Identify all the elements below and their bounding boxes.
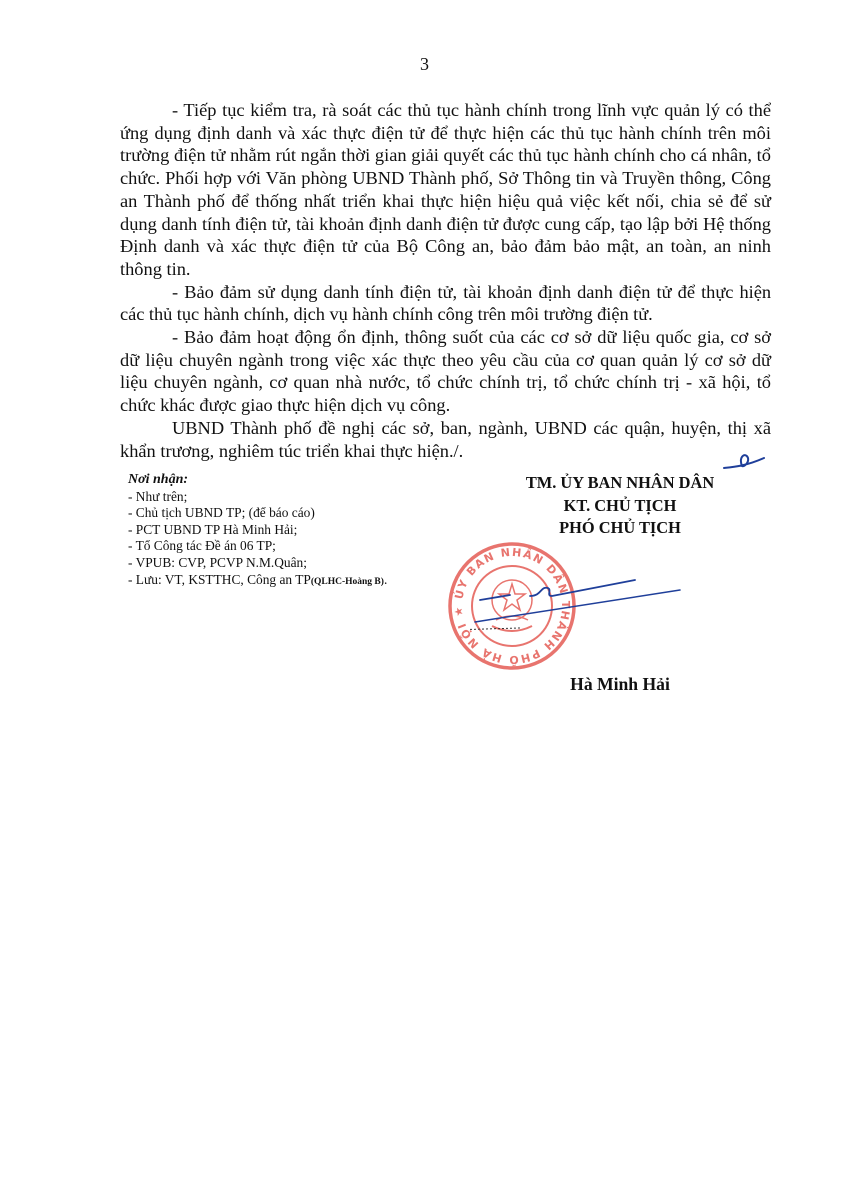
recipients-title: Nơi nhận: bbox=[128, 472, 468, 489]
paragraph-ensure-identity-use: - Bảo đảm sử dụng danh tính điện tử, tài… bbox=[120, 281, 771, 326]
paragraph-review-procedures: - Tiếp tục kiểm tra, rà soát các thủ tục… bbox=[120, 99, 771, 281]
recipient-item: - VPUB: CVP, PCVP N.M.Quân; bbox=[128, 555, 468, 572]
recipient-item: - Chủ tịch UBND TP; (để báo cáo) bbox=[128, 505, 468, 522]
signature-line-3: PHÓ CHỦ TỊCH bbox=[470, 517, 770, 540]
paragraph-ensure-database-operation: - Bảo đảm hoạt động ổn định, thông suốt … bbox=[120, 326, 771, 417]
signature-block: TM. ỦY BAN NHÂN DÂN KT. CHỦ TỊCH PHÓ CHỦ… bbox=[470, 472, 770, 540]
recipient-item: - Tổ Công tác Đề án 06 TP; bbox=[128, 538, 468, 555]
page-number: 3 bbox=[0, 54, 849, 74]
signature-line-2: KT. CHỦ TỊCH bbox=[470, 495, 770, 518]
signature-line-1: TM. ỦY BAN NHÂN DÂN bbox=[470, 472, 770, 495]
archive-subscript: (QLHC-Hoàng B) bbox=[311, 577, 384, 587]
initial-signature-icon bbox=[720, 448, 770, 474]
recipients-list: Nơi nhận: - Như trên; - Chủ tịch UBND TP… bbox=[128, 472, 468, 590]
archive-end: . bbox=[384, 572, 387, 587]
recipient-item-archive: - Lưu: VT, KSTTHC, Công an TP(QLHC-Hoàng… bbox=[128, 572, 468, 591]
paragraph-closing-request: UBND Thành phố đề nghị các sở, ban, ngàn… bbox=[120, 417, 771, 462]
recipient-item: - Như trên; bbox=[128, 489, 468, 506]
archive-text: - Lưu: VT, KSTTHC, Công an TP bbox=[128, 572, 311, 587]
document-body: - Tiếp tục kiểm tra, rà soát các thủ tục… bbox=[120, 99, 771, 462]
signer-name: Hà Minh Hải bbox=[470, 673, 770, 695]
handwritten-signature-icon bbox=[470, 570, 770, 640]
recipient-item: - PCT UBND TP Hà Minh Hải; bbox=[128, 522, 468, 539]
